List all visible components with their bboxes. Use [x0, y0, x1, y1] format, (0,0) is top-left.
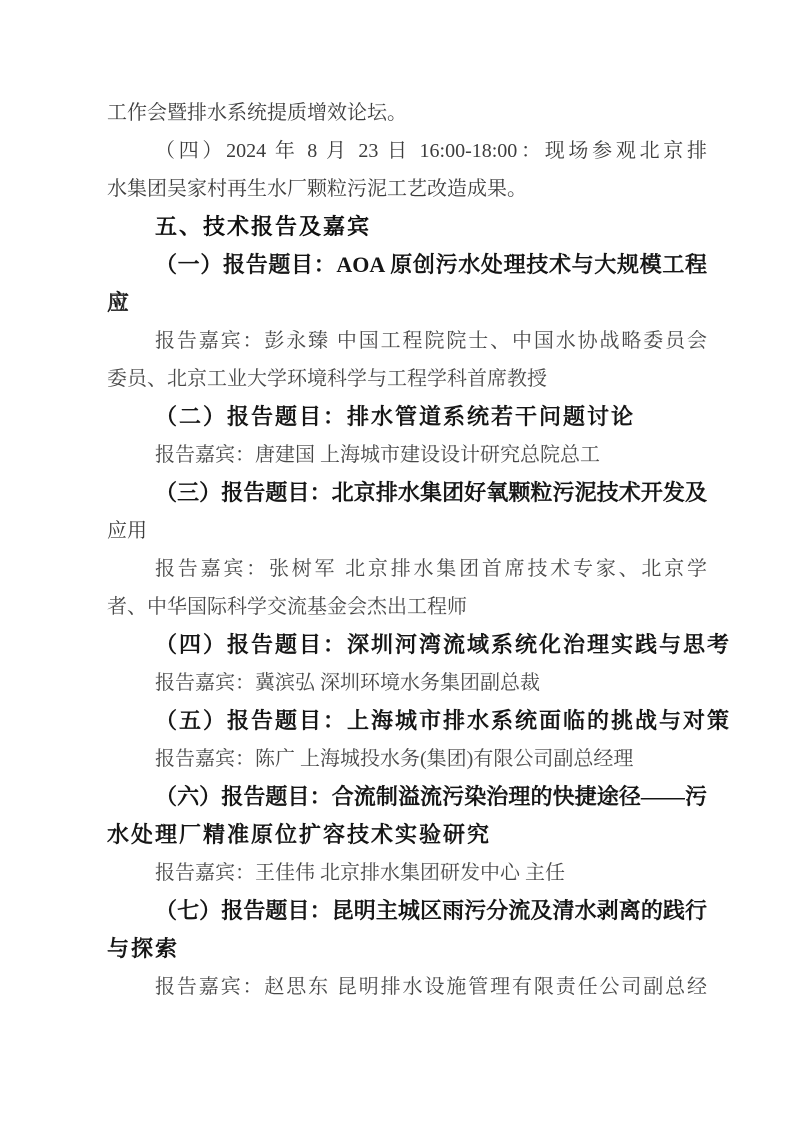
- report-3-title-cont: 应用: [107, 512, 707, 550]
- report-1-guest: 报告嘉宾：彭永臻 中国工程院院士、中国水协战略委员会: [107, 322, 707, 360]
- document-page: 工作会暨排水系统提质增效论坛。 （四）2024 年 8 月 23 日 16:00…: [0, 0, 800, 1131]
- body-line-forum: 工作会暨排水系统提质增效论坛。: [107, 94, 707, 132]
- report-2-title: （二）报告题目：排水管道系统若干问题讨论: [107, 398, 707, 436]
- report-7-title: （七）报告题目：昆明主城区雨污分流及清水剥离的践行: [107, 892, 707, 930]
- report-5-title: （五）报告题目：上海城市排水系统面临的挑战与对策: [107, 702, 707, 740]
- report-1-guest-cont: 委员、北京工业大学环境科学与工程学科首席教授: [107, 360, 707, 398]
- report-3-title: （三）报告题目：北京排水集团好氧颗粒污泥技术开发及: [107, 474, 707, 512]
- report-3-guest-cont: 者、中华国际科学交流基金会杰出工程师: [107, 588, 707, 626]
- report-1-title-cont: 用: [107, 284, 707, 322]
- report-5-guest: 报告嘉宾：陈广 上海城投水务(集团)有限公司副总经理: [107, 740, 707, 778]
- report-6-title-cont: 水处理厂精准原位扩容技术实验研究: [107, 816, 707, 854]
- body-line-visit: （四）2024 年 8 月 23 日 16:00-18:00：现场参观北京排: [107, 132, 707, 170]
- report-6-guest: 报告嘉宾：王佳伟 北京排水集团研发中心 主任: [107, 854, 707, 892]
- report-4-title: （四）报告题目：深圳河湾流域系统化治理实践与思考: [107, 626, 707, 664]
- report-7-guest: 报告嘉宾：赵思东 昆明排水设施管理有限责任公司副总经: [107, 968, 707, 1006]
- report-6-title: （六）报告题目：合流制溢流污染治理的快捷途径——污: [107, 778, 707, 816]
- report-1-title: （一）报告题目：AOA 原创污水处理技术与大规模工程应: [107, 246, 707, 284]
- body-line-visit-cont: 水集团吴家村再生水厂颗粒污泥工艺改造成果。: [107, 170, 707, 208]
- report-3-guest: 报告嘉宾：张树军 北京排水集团首席技术专家、北京学: [107, 550, 707, 588]
- report-4-guest: 报告嘉宾：冀滨弘 深圳环境水务集团副总裁: [107, 664, 707, 702]
- section-heading: 五、技术报告及嘉宾: [107, 208, 707, 246]
- report-2-guest: 报告嘉宾：唐建国 上海城市建设设计研究总院总工: [107, 436, 707, 474]
- report-7-title-cont: 与探索: [107, 930, 707, 968]
